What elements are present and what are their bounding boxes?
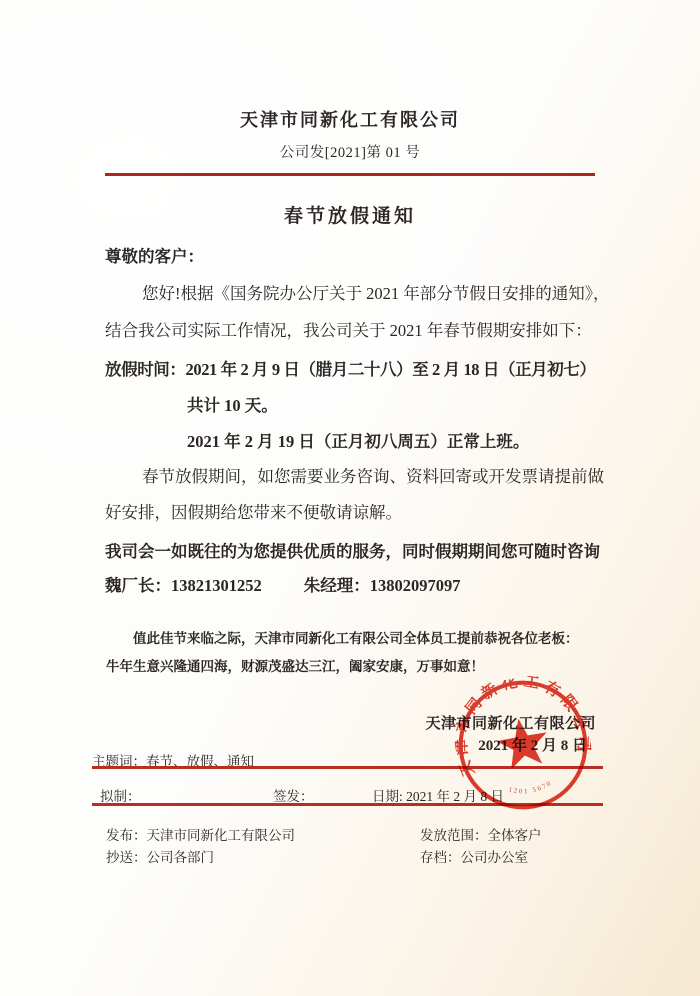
- scope-field: 发放范围：全体客户: [420, 824, 542, 844]
- notice-line-1: 春节放假期间，如您需要业务咨询、资料回寄或开发票请提前做: [105, 463, 657, 487]
- holiday-time-line: 放假时间：2021 年 2 月 9 日（腊月二十八）至 2 月 18 日（正月初…: [105, 356, 620, 380]
- contact-zhu: 朱经理：13802097097: [304, 576, 461, 595]
- issued-field: 签发：: [273, 785, 314, 805]
- svg-text:1201 5670: 1201 5670: [507, 779, 555, 799]
- work-resume-line: 2021 年 2 月 19 日（正月初八周五）正常上班。: [105, 428, 700, 452]
- drafted-field: 拟制：: [100, 785, 141, 805]
- seal-ring-text: 天津市同新化工有限公司: [445, 667, 597, 780]
- service-line: 我司会一如既往的为您提供优质的服务，同时假期期间您可随时咨询: [105, 538, 620, 562]
- scanned-document-page: 天津市同新化工有限公司 公司发[2021]第 01 号 春节放假通知 尊敬的客户…: [0, 0, 700, 996]
- star-icon: [493, 714, 552, 771]
- archive-field: 存档：公司办公室: [420, 846, 528, 866]
- letterhead-company-name: 天津市同新化工有限公司: [0, 106, 700, 132]
- svg-text:天津市同新化工有限公司: 天津市同新化工有限公司: [445, 667, 597, 780]
- contact-wei: 魏厂长：13821301252: [105, 576, 262, 595]
- seal-bottom-code: 1201 5670: [507, 779, 555, 799]
- holiday-total-line: 共计 10 天。: [105, 392, 700, 416]
- contacts-line: 魏厂长：13821301252朱经理：13802097097: [105, 572, 620, 596]
- cc-field: 抄送：公司各部门: [106, 846, 214, 866]
- publisher-field: 发布：天津市同新化工有限公司: [106, 824, 295, 844]
- notice-line-2: 好安排，因假期给您带来不便敬请谅解。: [105, 499, 620, 523]
- blessing-line-1: 值此佳节来临之际，天津市同新化工有限公司全体员工提前恭祝各位老板：: [106, 627, 648, 647]
- salutation: 尊敬的客户：: [105, 243, 620, 267]
- intro-line-1: 您好!根据《国务院办公厅关于 2021 年部分节假日安排的通知》，: [105, 280, 657, 304]
- letterhead-red-rule: [105, 173, 595, 176]
- company-seal-icon: 天津市同新化工有限公司 1201 5670: [445, 667, 600, 822]
- notice-title: 春节放假通知: [0, 201, 700, 228]
- intro-line-2: 结合我公司实际工作情况，我公司关于 2021 年春节假期安排如下：: [105, 317, 620, 341]
- blessing-line-2: 牛年生意兴隆通四海，财源茂盛达三江，阖家安康，万事如意！: [106, 655, 621, 675]
- document-number: 公司发[2021]第 01 号: [0, 141, 700, 162]
